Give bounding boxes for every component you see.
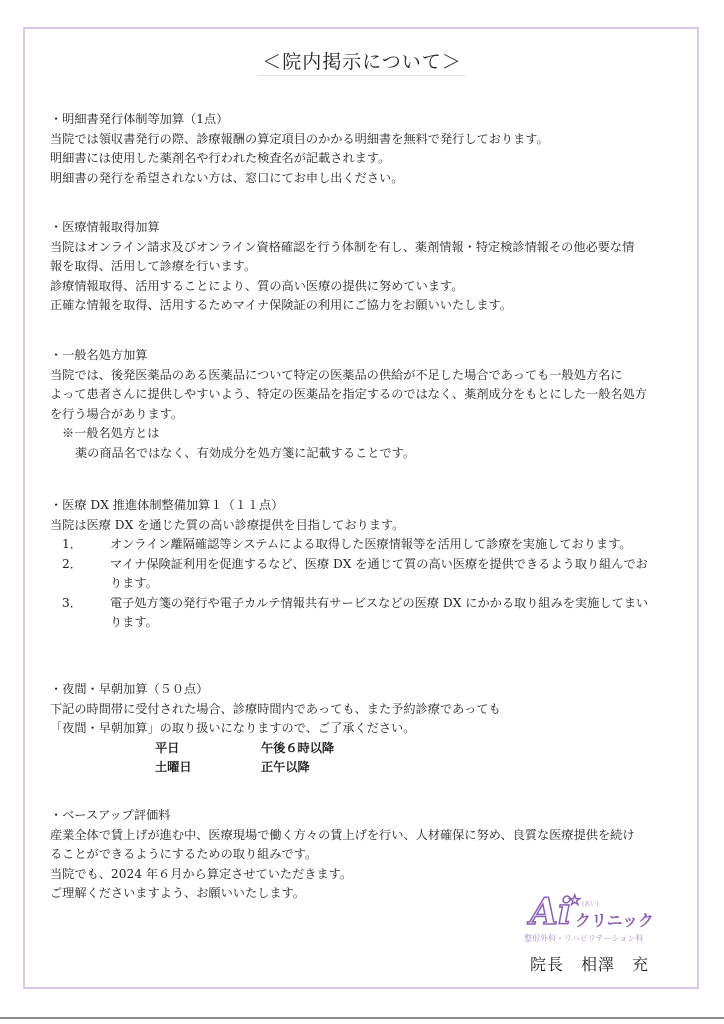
section-line: 産業全体で賃上げが進む中、医療現場で働く方々の賃上げを行い、人材確保に努め、良質… xyxy=(50,826,690,846)
section-line: ることができるようにするための取り組みです。 xyxy=(50,845,690,865)
item-number: 2． xyxy=(50,555,110,575)
numbered-item: 1． オンライン離隔確認等システムによる取得した医療情報等を活用して診療を実施し… xyxy=(50,535,690,555)
time-value: 午後６時以降 xyxy=(261,739,334,759)
section-iryo-dx: ・医療 DX 推進体制整備加算１（１１点） 当院は医療 DX を通じた質の高い診… xyxy=(50,496,690,633)
section-iryo-joho: ・医療情報取得加算 当院はオンライン請求及びオンライン資格確認を行う体制を有し、… xyxy=(50,218,690,316)
item-number: 1． xyxy=(50,535,110,555)
note-text: 薬の商品名ではなく、有効成分を処方箋に記載することです。 xyxy=(50,444,690,464)
time-value: 正午以降 xyxy=(261,758,310,778)
item-continuation: ります。 xyxy=(50,613,690,633)
section-heading: ・ベースアップ評価料 xyxy=(50,806,690,826)
section-line: 当院でも、2024 年６月から算定させていただきます。 xyxy=(50,865,690,885)
scan-edge-line xyxy=(0,1017,724,1019)
section-line: よって患者さんに提供しやすいよう、特定の医薬品を指定するのではなく、薬剤成分をも… xyxy=(50,385,690,405)
section-ippanmei-shoho: ・一般名処方加算 当院では、後発医薬品のある医薬品について特定の医薬品の供給が不… xyxy=(50,346,690,463)
section-heading: ・一般名処方加算 xyxy=(50,346,690,366)
page-title: ＜院内掲示について＞ xyxy=(0,47,724,74)
section-line: 報を取得、活用して診療を行います。 xyxy=(50,257,690,277)
section-heading: ・明細書発行体制等加算（1点） xyxy=(50,110,690,130)
time-day: 土曜日 xyxy=(155,758,261,778)
section-heading: ・医療 DX 推進体制整備加算１（１１点） xyxy=(50,496,690,516)
logo-subtitle: 整形外科・リハビリテーション科 xyxy=(524,933,643,944)
time-row-saturday: 土曜日 正午以降 xyxy=(50,758,690,778)
time-row-weekday: 平日 午後６時以降 xyxy=(50,739,690,759)
numbered-item: 2． マイナ保険証利用を促進するなど、医療 DX を通じて質の高い医療を提供でき… xyxy=(50,555,690,575)
section-line: 当院では、後発医薬品のある医薬品について特定の医薬品の供給が不足した場合であって… xyxy=(50,366,690,386)
section-meisaisho: ・明細書発行体制等加算（1点） 当院では領収書発行の際、診療報酬の算定項目のかか… xyxy=(50,110,690,188)
item-text: オンライン離隔確認等システムによる取得した医療情報等を活用して診療を実施しており… xyxy=(110,535,632,555)
logo-mark: Ai xyxy=(530,891,572,933)
note-title: ※一般名処方とは xyxy=(50,424,690,444)
section-line: 明細書には使用した薬剤名や行われた検査名が記載されます。 xyxy=(50,149,690,169)
item-text: マイナ保険証利用を促進するなど、医療 DX を通じて質の高い医療を提供できるよう… xyxy=(110,555,648,575)
star-icon: ☆ xyxy=(568,891,581,909)
page-title-text: ＜院内掲示について＞ xyxy=(258,51,466,76)
section-line: 当院では領収書発行の際、診療報酬の算定項目のかかる明細書を無料で発行しております… xyxy=(50,130,690,150)
section-heading: ・医療情報取得加算 xyxy=(50,218,690,238)
section-line: 下記の時間帯に受付された場合、診療時間内であっても、また予約診療であっても xyxy=(50,700,690,720)
section-line: 当院は医療 DX を通じた質の高い診療提供を目指しております。 xyxy=(50,516,690,536)
director-signature: 院長 相澤 充 xyxy=(530,952,649,975)
section-line: 当院はオンライン請求及びオンライン資格確認を行う体制を有し、薬剤情報・特定検診情… xyxy=(50,238,690,258)
section-base-up: ・ベースアップ評価料 産業全体で賃上げが進む中、医療現場で働く方々の賃上げを行い… xyxy=(50,806,690,904)
item-number: 3． xyxy=(50,594,110,614)
section-line: 診療情報取得、活用することにより、質の高い医療の提供に努めています。 xyxy=(50,277,690,297)
logo-kana: (あい) xyxy=(582,899,599,908)
logo-clinic-name: クリニック xyxy=(575,908,654,931)
clinic-logo: Ai ☆ (あい) クリニック 整形外科・リハビリテーション科 xyxy=(520,893,680,953)
time-day: 平日 xyxy=(155,739,261,759)
section-line: 正確な情報を取得、活用するためマイナ保険証の利用にご協力をお願いいたします。 xyxy=(50,296,690,316)
section-line: 「夜間・早朝加算」の取り扱いになりますので、ご了承ください。 xyxy=(50,719,690,739)
section-yakan-socho: ・夜間・早朝加算（５０点） 下記の時間帯に受付された場合、診療時間内であっても、… xyxy=(50,680,690,778)
section-line: 明細書の発行を希望されない方は、窓口にてお申し出ください。 xyxy=(50,169,690,189)
item-text: 電子処方箋の発行や電子カルテ情報共有サービスなどの医療 DX にかかる取り組みを… xyxy=(110,594,648,614)
item-continuation: ります。 xyxy=(50,574,690,594)
numbered-item: 3． 電子処方箋の発行や電子カルテ情報共有サービスなどの医療 DX にかかる取り… xyxy=(50,594,690,614)
section-heading: ・夜間・早朝加算（５０点） xyxy=(50,680,690,700)
section-line: を行う場合があります。 xyxy=(50,405,690,425)
